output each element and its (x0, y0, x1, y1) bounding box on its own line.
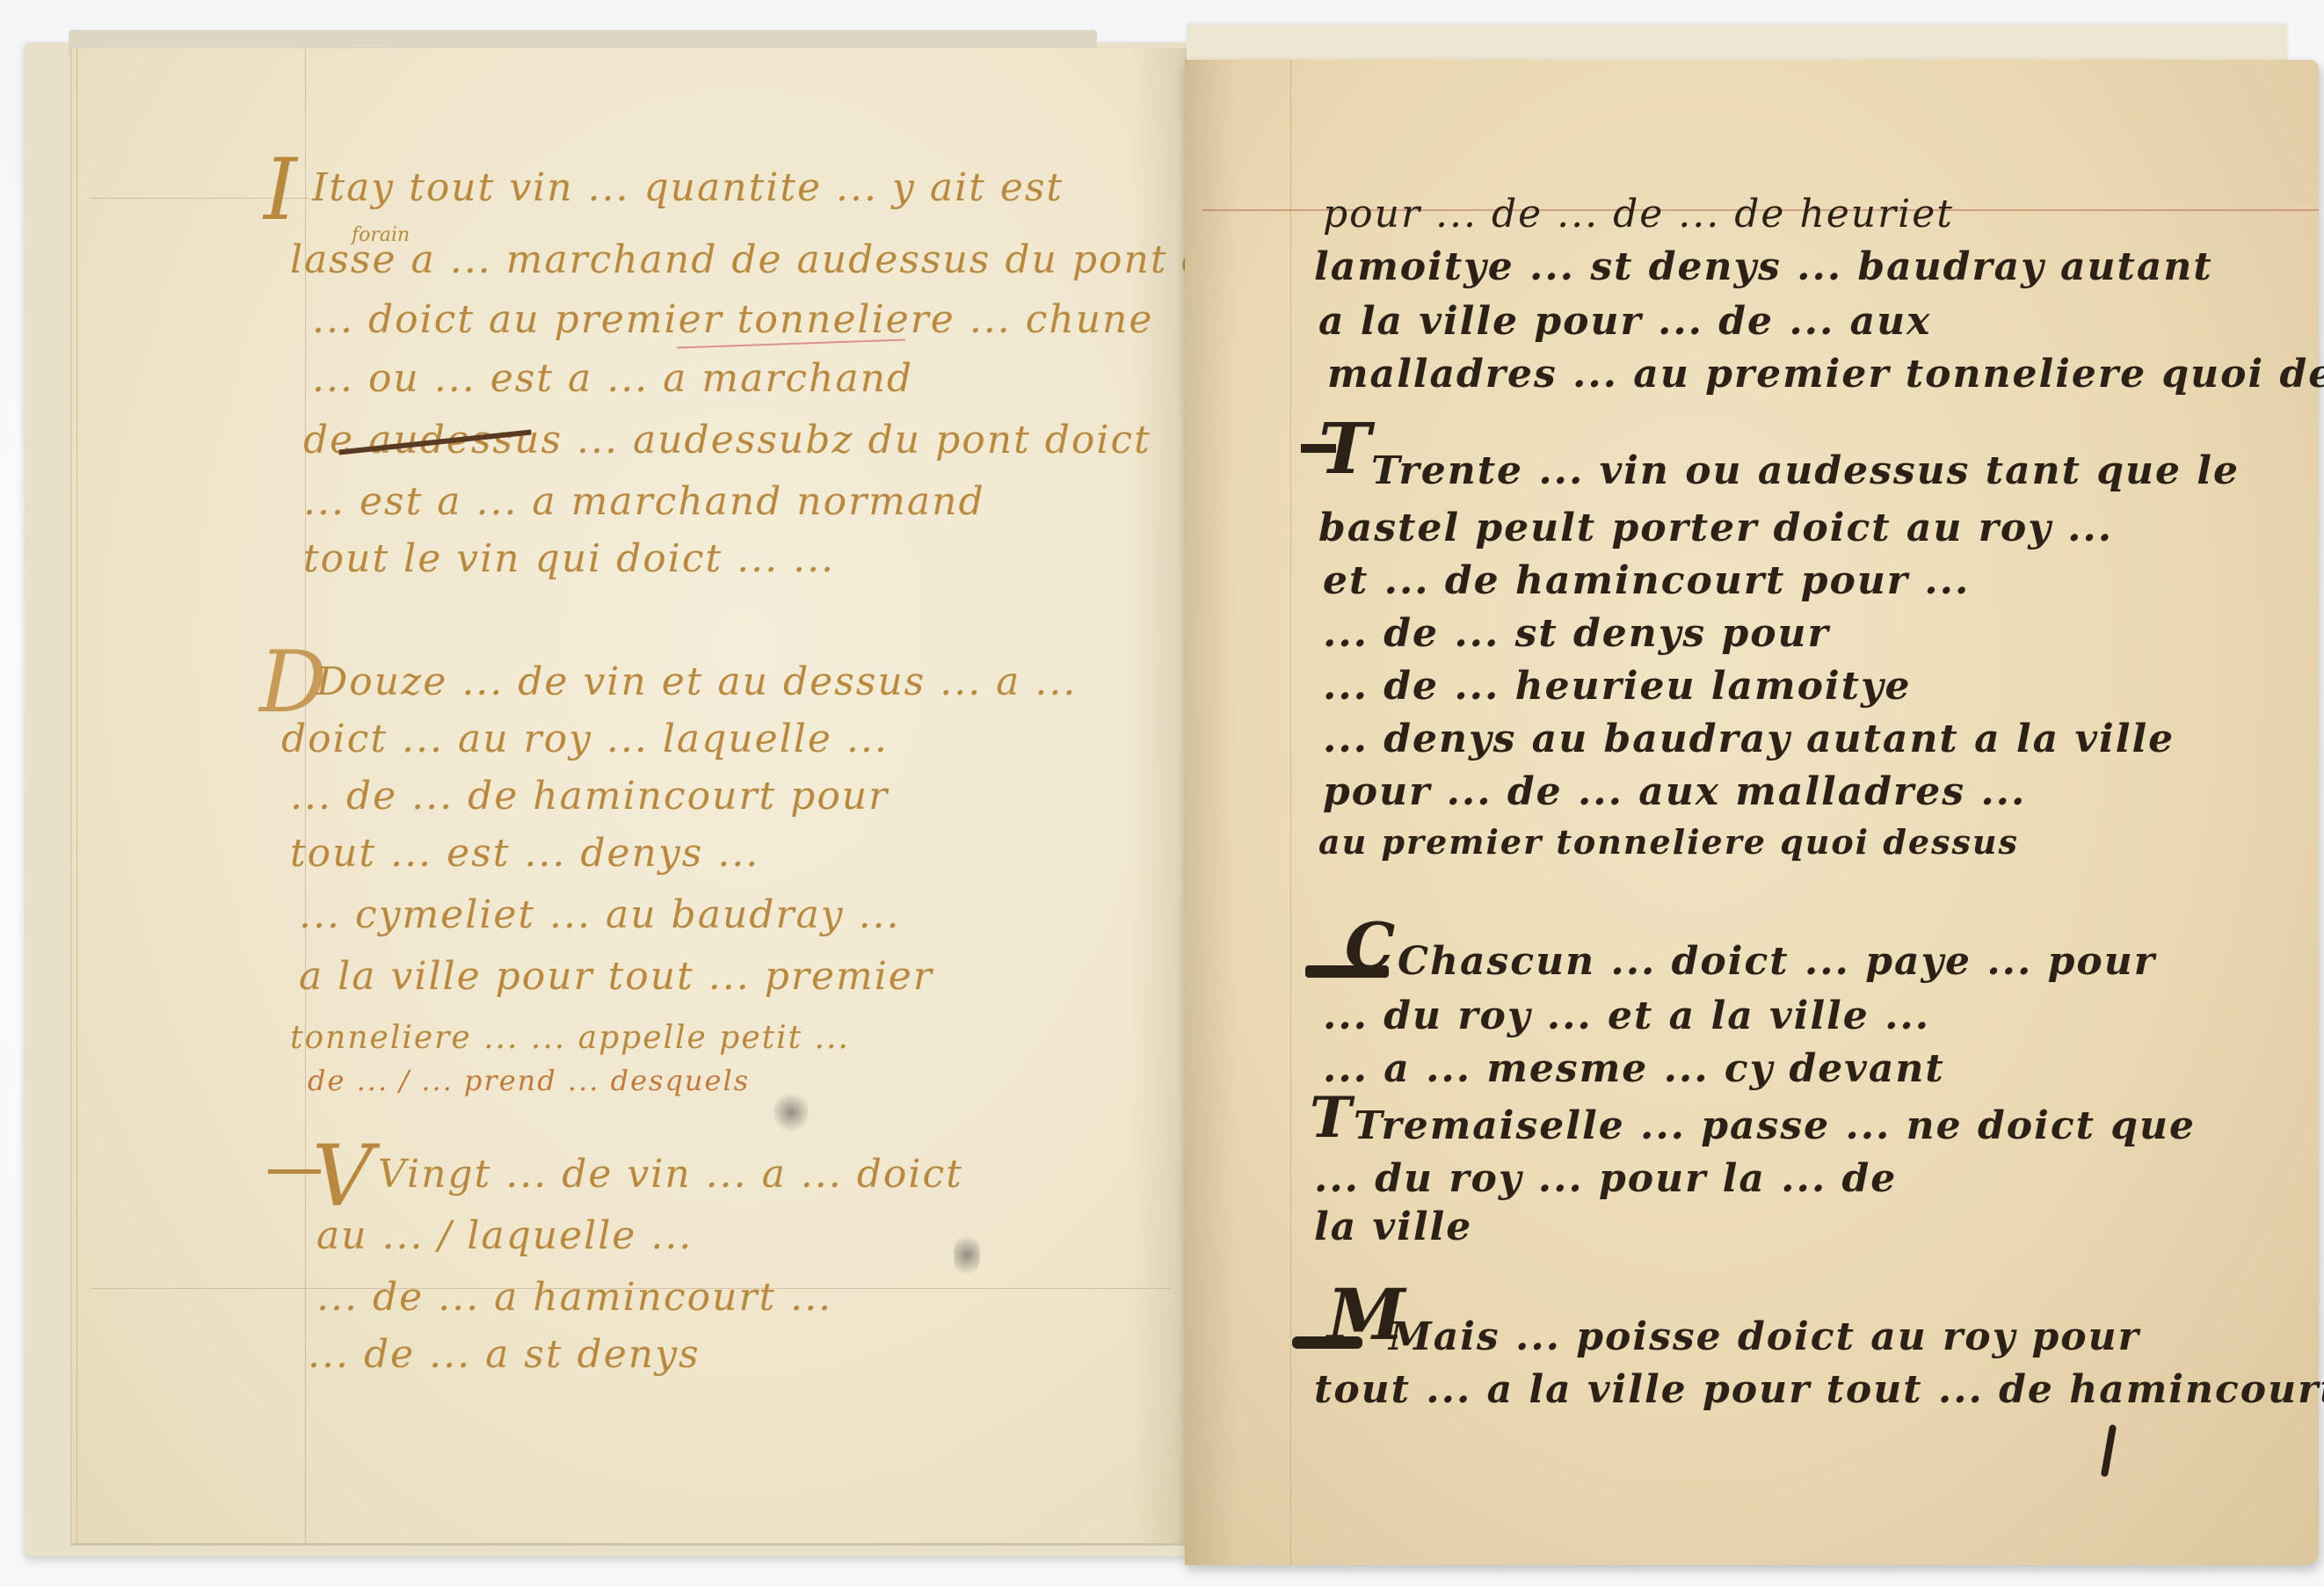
text-line: tout ... est ... denys ... (290, 831, 759, 876)
ink-blot (773, 1090, 809, 1134)
text-line: Itay tout vin ... quantite ... y ait est (312, 165, 1064, 210)
text-line: Tremaiselle ... passe ... ne doict que (1354, 1103, 2196, 1148)
text-line: pour ... de ... aux malladres ... (1323, 769, 2026, 814)
text-line: au premier tonneliere quoi dessus (1318, 822, 2019, 862)
text-line: et ... de hamincourt pour ... (1323, 558, 1970, 603)
paragraph-initial: C (1345, 914, 1395, 978)
text-line: doict ... au roy ... laquelle ... (281, 717, 889, 761)
text-line: ... du roy ... pour la ... de (1314, 1156, 1897, 1201)
text-line: Mais ... poisse doict au roy pour (1389, 1314, 2140, 1359)
text-line: ... de ... a st denys (308, 1332, 701, 1377)
text-line: tout ... a la ville pour tout ... de ham… (1314, 1367, 2324, 1412)
text-line: lamoitye ... st denys ... baudray autant (1314, 244, 2213, 289)
text-line: de ... / ... prend ... desquels (308, 1064, 750, 1097)
text-line: ... a ... mesme ... cy devant (1323, 1046, 1945, 1091)
text-line: Chascun ... doict ... paye ... pour (1398, 939, 2156, 984)
text-line: ... ou ... est a ... a marchand (312, 356, 913, 401)
text-line: Vingt ... de vin ... a ... doict (378, 1152, 963, 1197)
text-line: lasse a ... marchand de audessus du pont… (290, 237, 1233, 282)
text-line: Trente ... vin ou audessus tant que le (1371, 448, 2240, 493)
gutter-shadow (1185, 60, 1238, 1565)
text-line: ... denys au baudray autant a la ville (1323, 717, 2175, 761)
ink-blot (954, 1231, 980, 1279)
text-line: au ... / laquelle ... (316, 1213, 693, 1258)
text-line: ... de ... de hamincourt pour (290, 774, 889, 819)
text-line: ... de ... a hamincourt ... (316, 1275, 832, 1320)
paragraph-initial: V (312, 1134, 373, 1219)
text-line: tout le vin qui doict ... ... (303, 536, 835, 581)
text-line: Douze ... de vin et au dessus ... a ... (316, 659, 1077, 704)
text-line: bastel peult porter doict au roy ... (1318, 506, 2113, 550)
text-line: ... est a ... a marchand normand (303, 479, 985, 524)
text-line: ... du roy ... et a la ville ... (1323, 994, 1930, 1038)
paragraph-initial: T (1318, 413, 1371, 484)
text-line: ... de ... st denys pour (1323, 611, 1830, 656)
text-line: la ville (1314, 1205, 1472, 1249)
text-line: malladres ... au premier tonneliere quoi… (1327, 352, 2324, 397)
text-line: pour ... de ... de ... de heuriet (1323, 192, 1954, 237)
margin-rule (76, 48, 77, 1543)
text-line: ... doict au premier tonneliere ... chun… (312, 297, 1153, 342)
text-line: ... de ... heurieu lamoitye (1323, 664, 1912, 709)
text-line: tonneliere ... ... appelle petit ... (290, 1020, 850, 1056)
text-line: ... cymeliet ... au baudray ... (299, 892, 901, 937)
margin-rule (1290, 60, 1291, 1565)
text-line: a la ville pour ... de ... aux (1318, 299, 1931, 344)
text-line: a la ville pour tout ... premier (299, 954, 933, 999)
paragraph-initial: I (264, 148, 297, 232)
paragraph-initial: T (1310, 1090, 1352, 1147)
